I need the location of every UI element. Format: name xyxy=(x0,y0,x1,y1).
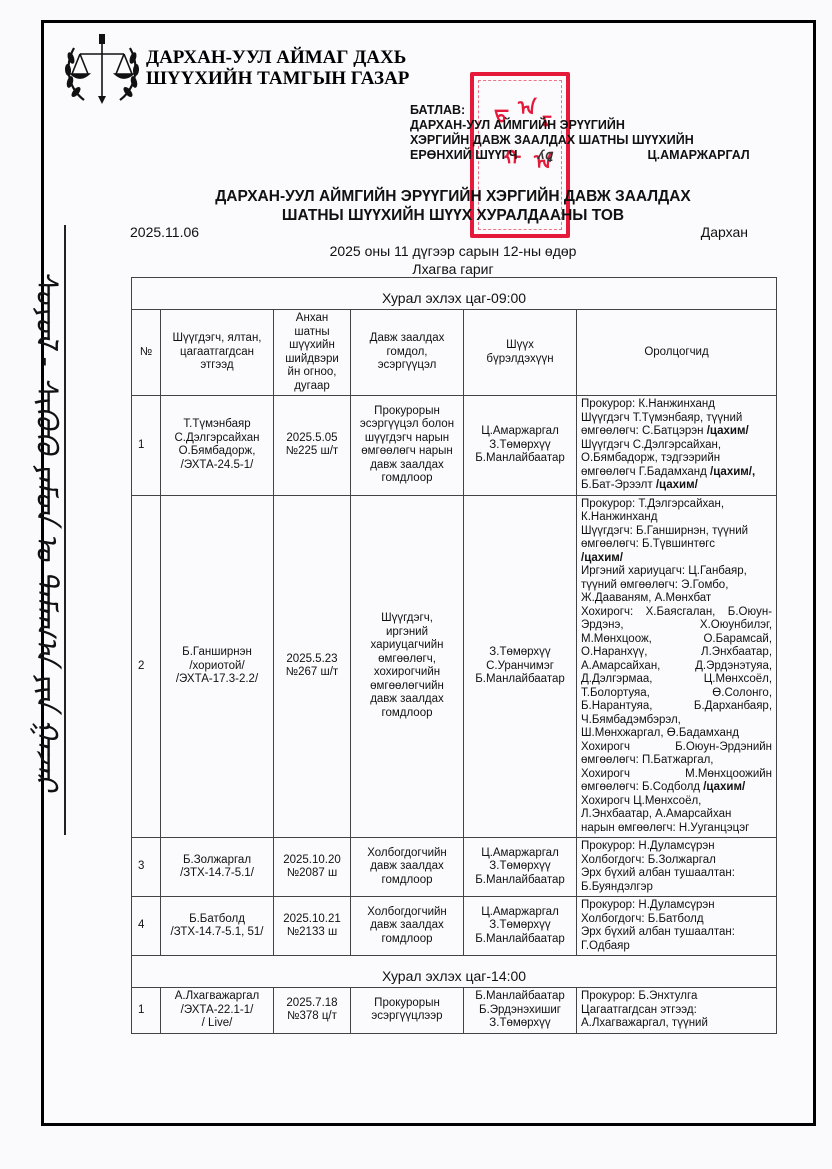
org-name-line1: ДАРХАН-УУЛ АЙМАГ ДАХЬ xyxy=(146,47,409,68)
table-row: 1Т.ТүмэнбаярС.ДэлгэрсайханО.Бямбадорж,/Э… xyxy=(132,396,777,496)
participant-line: Холбогдогч: Б.Батболд xyxy=(581,913,772,927)
cell-line: №2087 ш xyxy=(277,867,347,881)
first-instance-decision-cell: 2025.10.21№2133 ш xyxy=(274,897,351,956)
participant-line: Шүүгдэгч С.Дэлгэрсайхан, xyxy=(581,439,772,453)
online-marker: /цахим/, xyxy=(710,466,755,478)
participant-line: Хохирогч М.Мөнхцоожийн xyxy=(581,768,772,782)
table-row: 3Б.Золжаргал/ЗТХ-14.7-5.1/2025.10.20№208… xyxy=(132,838,777,897)
cell-line: Прокурорын xyxy=(354,405,460,419)
cell-line: гомдлоор xyxy=(354,933,460,947)
cell-line: дугаар xyxy=(277,380,347,394)
scales-of-justice-emblem-icon xyxy=(62,32,142,108)
cell-line: 2025.10.21 xyxy=(277,913,347,927)
session-heading-row: Хурал эхлэх цаг-14:00 xyxy=(132,956,777,988)
participant-line: Прокурор: К.Нанжинханд xyxy=(581,398,772,412)
participant-line: М.Мөнхцоож, О.Барамсай, xyxy=(581,633,772,647)
participant-line: Холбогдогч: Б.Золжаргал xyxy=(581,854,772,868)
participant-line: Б.Нарантуяа, Б.Дарханбаяр, xyxy=(581,700,772,714)
cell-line: шүүхийн xyxy=(277,339,347,353)
cell-line: №225 ш/т xyxy=(277,445,347,459)
cell-line: эсэргүүцэл xyxy=(354,359,460,373)
participant-line: Прокурор: Н.Дуламсүрэн xyxy=(581,840,772,854)
cell-line: гомдлоор xyxy=(354,472,460,486)
appeal-cell: Холбогдогчийндавж заалдахгомдлоор xyxy=(351,897,464,956)
cell-line: З.Төмөрхүү xyxy=(467,646,573,660)
cell-line: хариуцагчийн xyxy=(354,639,460,653)
cell-line: №2133 ш xyxy=(277,926,347,940)
cell-line: эсэргүүцэл болон xyxy=(354,418,460,432)
defendant-cell: Б.Ганширнэн/хориотой//ЭХТА-17.3-2.2/ xyxy=(161,495,274,838)
session-heading-row: Хурал эхлэх цаг-09:00 xyxy=(132,278,777,310)
participant-line: Б.Буяндэлгэр xyxy=(581,881,772,895)
participant-line: Д.Дэлгэрмаа, Ц.Мөнхсоёл, xyxy=(581,673,772,687)
cell-line: давж заалдах xyxy=(354,693,460,707)
approval-line1: ДАРХАН-УУЛ АЙМГИЙН ЭРҮҮГИЙН xyxy=(410,118,750,133)
court-panel-cell: Б.МанлайбаатарБ.ЭрдэнэхишигЗ.Төмөрхүү xyxy=(464,988,577,1034)
cell-line: өмгөөлөгчийн xyxy=(354,680,460,694)
cell-line: Б.Ганширнэн xyxy=(164,646,270,660)
approval-line2: ХЭРГИЙН ДАВЖ ЗААЛДАХ ШАТНЫ ШҮҮХИЙН xyxy=(410,133,750,148)
participant-line: Шүүгдэгч: Б.Ганширнэн, түүний xyxy=(581,525,772,539)
court-panel-cell: Ц.АмаржаргалЗ.ТөмөрхүүБ.Манлайбаатар xyxy=(464,396,577,496)
cell-line: З.Төмөрхүү xyxy=(467,860,573,874)
cell-line: А.Лхагважаргал xyxy=(164,990,270,1004)
cell-line: бүрэлдэхүүн xyxy=(467,353,573,367)
cell-line: Шүүх xyxy=(467,339,573,353)
approval-label: БАТЛАВ: xyxy=(410,103,750,118)
column-header-participants: Оролцогчид xyxy=(577,310,777,396)
cell-line: Анхан xyxy=(277,312,347,326)
cell-line: С.Дэлгэрсайхан xyxy=(164,432,270,446)
column-header-4: Шүүхбүрэлдэхүүн xyxy=(464,310,577,396)
participant-line: өмгөөлөгч: Б.Түвшинтөгс xyxy=(581,538,772,552)
cell-line: З.Төмөрхүү xyxy=(467,439,573,453)
first-instance-decision-cell: 2025.10.20№2087 ш xyxy=(274,838,351,897)
participant-line: Ч.Бямбадэмбэрэл, xyxy=(581,714,772,728)
cell-line: Т.Түмэнбаяр xyxy=(164,418,270,432)
cell-line: З.Төмөрхүү xyxy=(467,1017,573,1031)
cell-line: Б.Манлайбаатар xyxy=(467,673,573,687)
case-number: 3 xyxy=(132,838,161,897)
cell-line: шийдвэри xyxy=(277,353,347,367)
appeal-cell: Холбогдогчийндавж заалдахгомдлоор xyxy=(351,838,464,897)
hearing-date: 2025 оны 11 дүгээр сарын 12-ны өдөр xyxy=(130,242,776,260)
participant-line: Хохирогч: Х.Баясгалан, Б.Оюун- xyxy=(581,606,772,620)
cell-line: №378 ц/т xyxy=(277,1010,347,1024)
cell-line: /ЭХТА-17.3-2.2/ xyxy=(164,673,270,687)
cell-line: Прокурорын xyxy=(354,997,460,1011)
org-name-line2: ШҮҮХИЙН ТАМГЫН ГАЗАР xyxy=(146,68,409,89)
document-place: Дархан xyxy=(701,224,748,240)
organization-name: ДАРХАН-УУЛ АЙМАГ ДАХЬ ШҮҮХИЙН ТАМГЫН ГАЗ… xyxy=(146,47,409,89)
appeal-cell: Шүүгдэгч,иргэнийхариуцагчийнөмгөөлөгч,хо… xyxy=(351,495,464,838)
title-line2: ШАТНЫ ШҮҮХИЙН ШҮҮХ ХУРАЛДААНЫ ТОВ xyxy=(130,206,776,225)
cell-line: Шүүгдэгч, xyxy=(354,612,460,626)
cell-line: 2025.5.05 xyxy=(277,432,347,446)
cell-line: 2025.7.18 xyxy=(277,997,347,1011)
participant-line: Ш.Мөнхжаргал, Ө.Бадамханд xyxy=(581,727,772,741)
cell-line: Холбогдогчийн xyxy=(354,906,460,920)
participant-line: А.Лхагважаргал, түүний xyxy=(581,1017,772,1031)
cell-line: / Live/ xyxy=(164,1017,270,1031)
case-number: 1 xyxy=(132,396,161,496)
cell-line: /ЭХТА-22.1-1/ xyxy=(164,1004,270,1018)
column-header-number: № xyxy=(132,310,161,396)
participant-line: өмгөөлөгч: Б.Содболд /цахим/ xyxy=(581,781,772,795)
cell-line: цагаатгагдсан xyxy=(164,346,270,360)
approver-name: Ц.АМАРЖАРГАЛ xyxy=(648,148,750,163)
cell-line: Б.Манлайбаатар xyxy=(467,452,573,466)
weekday: Лхагва гариг xyxy=(130,260,776,278)
cell-line: Б.Манлайбаатар xyxy=(467,874,573,888)
participant-line: Л.Энхбаатар, А.Амарсайхан xyxy=(581,808,772,822)
participant-line: Прокурор: Б.Энхтулга xyxy=(581,990,772,1004)
cell-line: давж заалдах xyxy=(354,919,460,933)
cell-line: эсэргүүцлээр xyxy=(354,1010,460,1024)
column-header-3: Давж заалдахгомдол,эсэргүүцэл xyxy=(351,310,464,396)
defendant-cell: Т.ТүмэнбаярС.ДэлгэрсайханО.Бямбадорж,/ЭХ… xyxy=(161,396,274,496)
mongolian-script-side-text: ᠰᠣᠶᠣᠯ - ᠰᠢᠭᠦᠬᠦ ᠶᠠᠮᠤᠨ ᠤ ᠲᠠᠮᠠᠭ᠎ᠠ ᠶᠢᠨ ᠭᠠᠵᠠᠷ xyxy=(22,225,70,835)
cell-line: шатны xyxy=(277,326,347,340)
defendant-cell: Б.Батболд/ЗТХ-14.7-5.1, 51/ xyxy=(161,897,274,956)
participant-line: К.Нанжинханд xyxy=(581,511,772,525)
cell-line: давж заалдах xyxy=(354,860,460,874)
session-start-time: Хурал эхлэх цаг-09:00 xyxy=(132,278,777,310)
cell-line: Б.Манлайбаатар xyxy=(467,933,573,947)
table-row: 4Б.Батболд/ЗТХ-14.7-5.1, 51/2025.10.21№2… xyxy=(132,897,777,956)
case-number: 1 xyxy=(132,988,161,1034)
participants-cell: Прокурор: Н.ДуламсүрэнХолбогдогч: Б.Золж… xyxy=(577,838,777,897)
cell-line: №267 ш/т xyxy=(277,666,347,680)
participant-line: Прокурор: Н.Дуламсүрэн xyxy=(581,899,772,913)
participant-line: /цахим/ xyxy=(581,552,772,566)
cell-line: Холбогдогчийн xyxy=(354,847,460,861)
participants-cell: Прокурор: Н.ДуламсүрэнХолбогдогч: Б.Батб… xyxy=(577,897,777,956)
participant-line: Г.Одбаяр xyxy=(581,940,772,954)
signature: ʎꝗ xyxy=(518,148,648,163)
participant-line: А.Амарсайхан, Д.Эрдэнэтуяа, xyxy=(581,660,772,674)
case-number: 4 xyxy=(132,897,161,956)
court-panel-cell: Ц.АмаржаргалЗ.ТөмөрхүүБ.Манлайбаатар xyxy=(464,838,577,897)
cell-line: гомдол, xyxy=(354,346,460,360)
cell-line: Б.Эрдэнэхишиг xyxy=(467,1004,573,1018)
cell-line: гомдлоор xyxy=(354,707,460,721)
cell-line: Ц.Амаржаргал xyxy=(467,906,573,920)
participants-cell: Прокурор: К.НанжинхандШүүгдэгч Т.Түмэнба… xyxy=(577,396,777,496)
case-number: 2 xyxy=(132,495,161,838)
cell-line: Шүүгдэгч, ялтан, xyxy=(164,332,270,346)
table-row: 1А.Лхагважаргал/ЭХТА-22.1-1// Live/2025.… xyxy=(132,988,777,1034)
first-instance-decision-cell: 2025.5.23№267 ш/т xyxy=(274,495,351,838)
court-panel-cell: Ц.АмаржаргалЗ.ТөмөрхүүБ.Манлайбаатар xyxy=(464,897,577,956)
appeal-cell: Прокурорынэсэргүүцлээр xyxy=(351,988,464,1034)
cell-line: Б.Батболд xyxy=(164,913,270,927)
column-header-1: Шүүгдэгч, ялтан,цагаатгагдсанэтгээд xyxy=(161,310,274,396)
participant-line: Хохирогч Б.Оюун-Эрдэнийн xyxy=(581,741,772,755)
online-marker: /цахим/ xyxy=(656,479,698,491)
cell-line: /ЗТХ-14.7-5.1, 51/ xyxy=(164,926,270,940)
table-header-row: №Шүүгдэгч, ялтан,цагаатгагдсанэтгээдАнха… xyxy=(132,310,777,396)
document-title: ДАРХАН-УУЛ АЙМГИЙН ЭРҮҮГИЙН ХЭРГИЙН ДАВЖ… xyxy=(130,187,776,225)
cell-line: Ц.Амаржаргал xyxy=(467,425,573,439)
cell-line: Б.Золжаргал xyxy=(164,854,270,868)
hearing-schedule-table: Хурал эхлэх цаг-09:00№Шүүгдэгч, ялтан,ца… xyxy=(131,277,777,1034)
court-panel-cell: З.ТөмөрхүүС.УранчимэгБ.Манлайбаатар xyxy=(464,495,577,838)
cell-line: /хориотой/ xyxy=(164,660,270,674)
participant-line: Ж.Дааваням, А.Мөнхбат xyxy=(581,592,772,606)
online-marker: /цахим/ xyxy=(581,552,623,564)
cell-line: С.Уранчимэг xyxy=(467,660,573,674)
participant-line: Прокурор: Т.Дэлгэрсайхан, xyxy=(581,498,772,512)
defendant-cell: А.Лхагважаргал/ЭХТА-22.1-1// Live/ xyxy=(161,988,274,1034)
online-marker: /цахим/ xyxy=(707,425,749,437)
cell-line: /ЭХТА-24.5-1/ xyxy=(164,459,270,473)
cell-line: 2025.10.20 xyxy=(277,854,347,868)
title-line1: ДАРХАН-УУЛ АЙМГИЙН ЭРҮҮГИЙН ХЭРГИЙН ДАВЖ… xyxy=(130,187,776,206)
participant-line: Цагаатгагдсан этгээд: xyxy=(581,1004,772,1018)
cell-line: хохирогчийн xyxy=(354,666,460,680)
participant-line: Б.Бат-Эрээлт /цахим/ xyxy=(581,479,772,493)
document-date: 2025.11.06 xyxy=(130,224,199,240)
side-rule xyxy=(64,225,66,835)
cell-line: шүүгдэгч нарын xyxy=(354,432,460,446)
cell-line: гомдлоор xyxy=(354,874,460,888)
cell-line: йн огноо, xyxy=(277,366,347,380)
participant-line: Иргэний хариуцагч: Ц.Ганбаяр, xyxy=(581,565,772,579)
column-header-2: Анханшатнышүүхийншийдвэрийн огноо,дугаар xyxy=(274,310,351,396)
first-instance-decision-cell: 2025.7.18№378 ц/т xyxy=(274,988,351,1034)
cell-line: иргэний xyxy=(354,626,460,640)
participant-line: О.Бямбадорж, тэдгээрийн xyxy=(581,452,772,466)
hearing-date-block: 2025 оны 11 дүгээр сарын 12-ны өдөр Лхаг… xyxy=(130,242,776,278)
first-instance-decision-cell: 2025.5.05№225 ш/т xyxy=(274,396,351,496)
cell-line: Давж заалдах xyxy=(354,332,460,346)
cell-line: этгээд xyxy=(164,359,270,373)
approval-block: БАТЛАВ: ДАРХАН-УУЛ АЙМГИЙН ЭРҮҮГИЙН ХЭРГ… xyxy=(410,103,750,163)
cell-line: өмгөөлөгч нарын xyxy=(354,445,460,459)
approver-position: ЕРӨНХИЙ ШҮҮГЧ xyxy=(410,148,518,163)
session-start-time: Хурал эхлэх цаг-14:00 xyxy=(132,956,777,988)
cell-line: 2025.5.23 xyxy=(277,653,347,667)
cell-line: З.Төмөрхүү xyxy=(467,919,573,933)
participant-line: Т.Болортуяа, Ө.Солонго, xyxy=(581,687,772,701)
participant-line: Эрх бүхий албан тушаалтан: xyxy=(581,926,772,940)
appeal-cell: Прокурорынэсэргүүцэл болоншүүгдэгч нарын… xyxy=(351,396,464,496)
participant-line: нарын өмгөөлөгч: Н.Ууганцэцэг xyxy=(581,822,772,836)
participant-line: Эрдэнэ, Х.Оюунбилэг, xyxy=(581,619,772,633)
participant-line: Хохирогч Ц.Мөнхсоёл, xyxy=(581,795,772,809)
cell-line: /ЗТХ-14.7-5.1/ xyxy=(164,867,270,881)
participant-line: өмгөөлөгч Г.Бадамханд /цахим/, xyxy=(581,466,772,480)
participants-cell: Прокурор: Б.ЭнхтулгаЦагаатгагдсан этгээд… xyxy=(577,988,777,1034)
cell-line: өмгөөлөгч, xyxy=(354,653,460,667)
cell-line: Ц.Амаржаргал xyxy=(467,847,573,861)
defendant-cell: Б.Золжаргал/ЗТХ-14.7-5.1/ xyxy=(161,838,274,897)
online-marker: /цахим/ xyxy=(703,781,745,793)
cell-line: Б.Манлайбаатар xyxy=(467,990,573,1004)
participant-line: түүний өмгөөлөгч: Э.Гомбо, xyxy=(581,579,772,593)
participants-cell: Прокурор: Т.Дэлгэрсайхан,К.НанжинхандШүү… xyxy=(577,495,777,838)
participant-line: Шүүгдэгч Т.Түмэнбаяр, түүний xyxy=(581,412,772,426)
cell-line: давж заалдах xyxy=(354,459,460,473)
participant-line: өмгөөлөгч: П.Батжаргал, xyxy=(581,754,772,768)
participant-line: Эрх бүхий албан тушаалтан: xyxy=(581,867,772,881)
participant-line: О.Наранхүү, Л.Энхбаатар, xyxy=(581,646,772,660)
participant-line: өмгөөлөгч: С.Батцэрэн /цахим/ xyxy=(581,425,772,439)
table-row: 2Б.Ганширнэн/хориотой//ЭХТА-17.3-2.2/202… xyxy=(132,495,777,838)
cell-line: О.Бямбадорж, xyxy=(164,445,270,459)
